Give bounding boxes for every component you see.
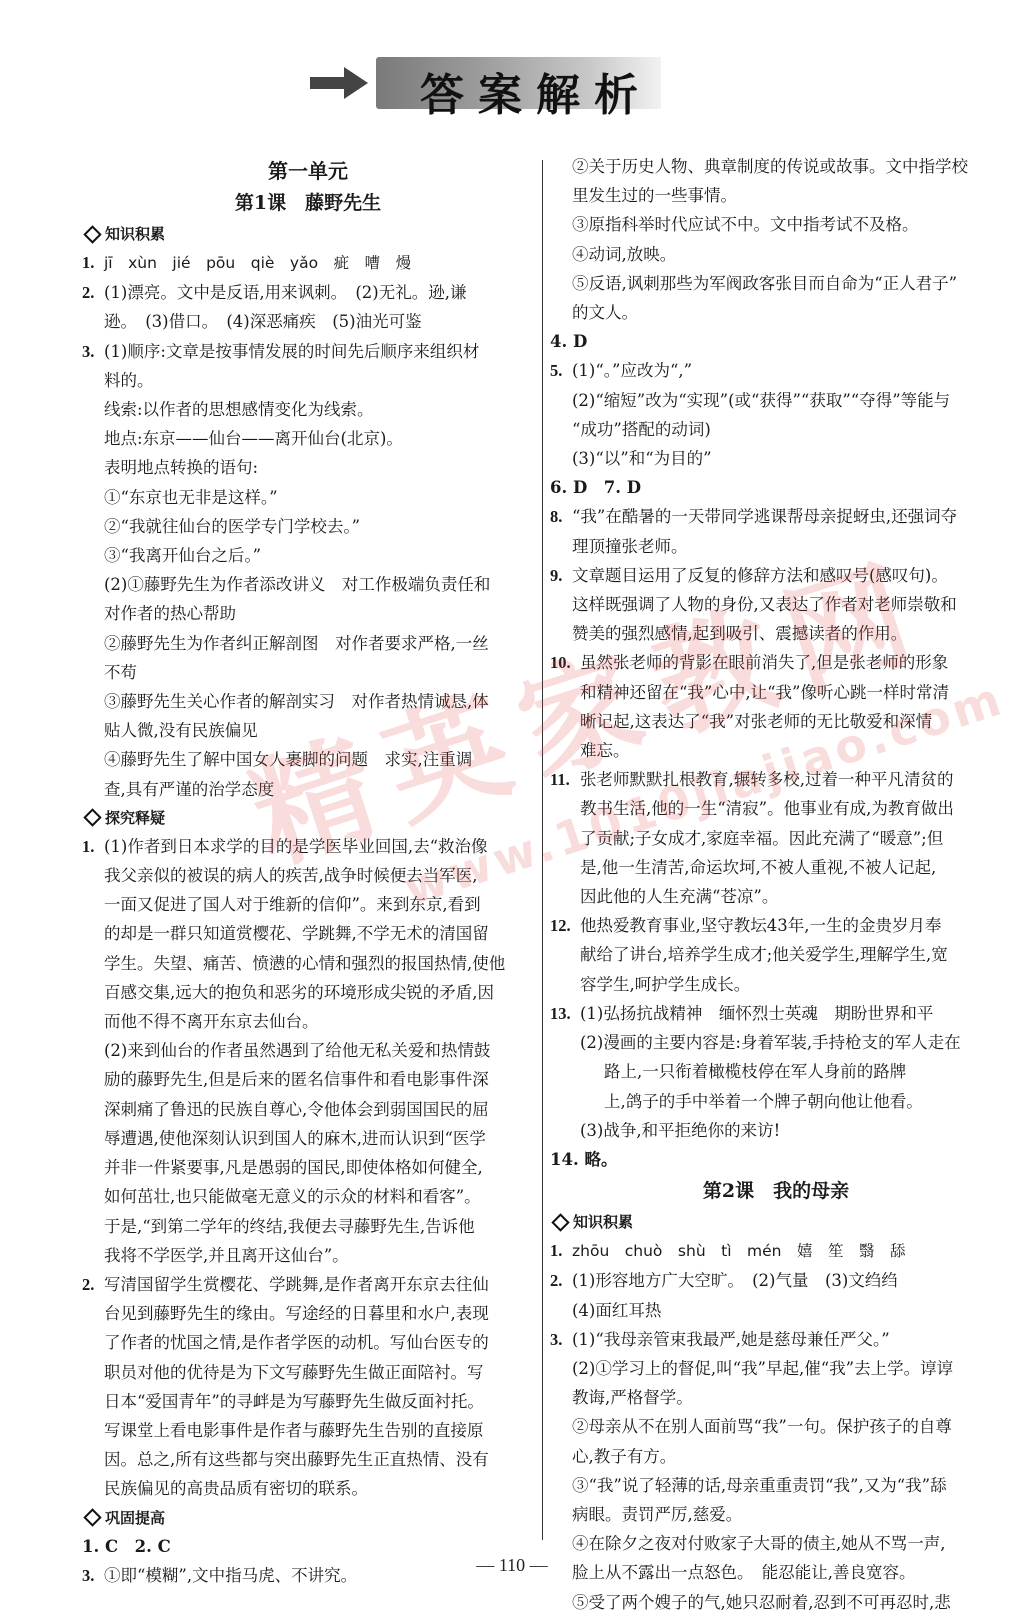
answer-item: 5. (1)“。”应改为“,” (2)“缩短”改为“实现”(或“获得”“获取”“… (550, 356, 1002, 473)
right-arrow-icon (310, 67, 368, 99)
page-title: 答案解析 (420, 59, 652, 123)
answer-item: 9. 文章题目运用了反复的修辞方法和感叹号(感叹句)。 这样既强调了人物的身份,… (550, 561, 1002, 649)
answer-item: 4. D (550, 327, 1002, 356)
section-heading-knowledge: 知识积累 (550, 1208, 1002, 1236)
column-divider (542, 160, 543, 1540)
diamond-icon (83, 809, 101, 827)
answer-item: 11. 张老师默默扎根教育,辗转多校,过着一种平凡清贫的 教书生活,他的一生“清… (550, 765, 1002, 911)
page-banner: 答案解析 (310, 55, 660, 113)
answer-item: 8. “我”在酷暑的一天带同学逃课帮母亲捉蚜虫,还强词夺 理顶撞张老师。 (550, 502, 1002, 560)
answer-item: 12. 他热爱教育事业,坚守教坛43年,一生的金贵岁月奉 献给了讲台,培养学生成… (550, 911, 1002, 999)
page-number: — 110 — (0, 1555, 1024, 1576)
answer-item: 14. 略。 (550, 1145, 1002, 1174)
diamond-icon (551, 1213, 569, 1231)
right-column: ②关于历史人物、典章制度的传说或故事。文中指学校 里发生过的一些事情。 ③原指科… (550, 152, 1002, 1613)
answer-item: 2. (1)形容地方广大空旷。 (2)气量 (3)文绉绉 (4)面红耳热 (550, 1266, 1002, 1324)
answer-item: 2. (1)漂亮。文中是反语,用来讽刺。 (2)无礼。逊,谦 逊。 (3)借口。… (82, 278, 534, 336)
answer-item: 1. jī xùn jié pōu qiè yǎo 疵 嘈 熳 (82, 248, 534, 278)
answer-item: 13. (1)弘扬抗战精神 缅怀烈士英魂 期盼世界和平 (2)漫画的主要内容是:… (550, 999, 1002, 1145)
left-column: 第一单元 第1课 藤野先生 知识积累 1. jī xùn jié pōu qiè… (82, 150, 534, 1590)
section-heading-knowledge: 知识积累 (82, 220, 534, 248)
diamond-icon (83, 225, 101, 243)
answer-item-continued: ②关于历史人物、典章制度的传说或故事。文中指学校 里发生过的一些事情。 ③原指科… (550, 152, 1002, 327)
unit-title: 第一单元 (82, 156, 534, 186)
answer-item: 10. 虽然张老师的背影在眼前消失了,但是张老师的形象 和精神还留在“我”心中,… (550, 648, 1002, 765)
answer-item: 6. D 7. D (550, 473, 1002, 502)
answer-item: 2. 写清国留学生赏樱花、学跳舞,是作者离开东京去往仙 台见到藤野先生的缘由。写… (82, 1270, 534, 1504)
answer-item: 1. zhōu chuò shù tì mén 嬉 笙 翳 舔 (550, 1236, 1002, 1266)
section-heading-explore: 探究释疑 (82, 804, 534, 832)
diamond-icon (83, 1508, 101, 1526)
lesson-title: 第1课 藤野先生 (82, 186, 534, 220)
lesson-title: 第2课 我的母亲 (550, 1174, 1002, 1208)
answer-item: 1. (1)作者到日本求学的目的是学医毕业回国,去“救治像 我父亲似的被误的病人… (82, 832, 534, 1270)
answer-item: 3. (1)顺序:文章是按事情发展的时间先后顺序来组织材 料的。 线索:以作者的… (82, 337, 534, 804)
section-heading-consolidate: 巩固提高 (82, 1504, 534, 1532)
